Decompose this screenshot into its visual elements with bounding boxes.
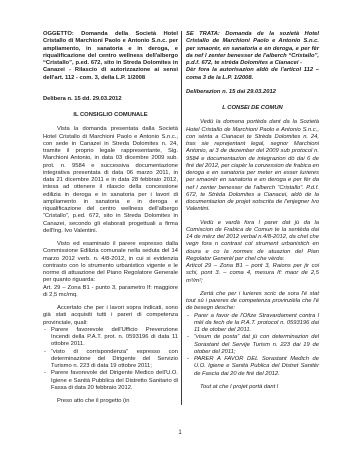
article-line-italian: Art. 29 – Zona B1 - punto 3, parametro I… [43, 285, 178, 300]
list-item-text: PARER A FAVOR DEL Sorastant Medich de U.… [194, 356, 319, 378]
paragraph-closing-ladin: Tout at che l projet portà dant l [186, 384, 319, 391]
list-item: - “visum de posta” dat jù con determinaz… [186, 334, 319, 356]
list-item-text: Parere favorevole dell'Ufficio Prevenzio… [51, 327, 178, 349]
list-item: - “visto di corrispondenza” espresso con… [43, 349, 178, 371]
dash-bullet: - [43, 370, 51, 392]
council-heading-italian: IL CONSIGLIO COMUNALE [43, 112, 178, 119]
dash-bullet: - [186, 334, 194, 356]
subject-italian: OGGETTO: Domanda della Società Hotel Cri… [43, 31, 178, 82]
council-heading-ladin: L CONSEI DE COMUN [186, 105, 319, 112]
dash-bullet: - [43, 349, 51, 371]
paragraph-request-italian: Vista la domanda presentata dalla Societ… [43, 126, 178, 235]
list-item: - Parere favorevole dell'Ufficio Prevenz… [43, 327, 178, 349]
deliberation-number-italian: Delibera n. 15 dd. 29.03.2012 [43, 96, 178, 103]
dash-bullet: - [186, 356, 194, 378]
scanned-deliberation-page: OGGETTO: Domanda della Società Hotel Cri… [0, 0, 360, 466]
list-item-text: “visum de posta” dat jù con determinazio… [194, 334, 319, 356]
opinion-list-ladin: - Parer a favor de l'Ofize Stravardament… [186, 313, 319, 378]
list-item-text: “visto di corrispondenza” espresso con d… [51, 349, 178, 371]
dash-bullet: - [43, 327, 51, 349]
list-item-text: Parere favorevole del Dirigente Medico d… [51, 370, 178, 392]
paragraph-commission-italian: Visto ed esaminato il parere espresso da… [43, 241, 178, 285]
column-italian: OGGETTO: Domanda della Società Hotel Cri… [43, 31, 181, 405]
article-line-ladin: Articol 29 – Zona B1 – pont 3, Raions pe… [186, 263, 319, 285]
column-ladin: SE TRATA: Domanda de la sozietà Hotel Cr… [182, 31, 319, 405]
page-number: 1 [0, 430, 360, 436]
list-item: - PARER A FAVOR DEL Sorastant Medich de … [186, 356, 319, 378]
paragraph-opinions-ladin: Zertà che per i lurieres scric de sora l… [186, 291, 319, 313]
dash-bullet: - [186, 313, 194, 335]
deliberation-number-ladin: Deliberazion n. 15 dai 29.03.2012 [186, 89, 319, 96]
paragraph-opinions-italian: Accertato che per i lavori sopra indicat… [43, 305, 178, 327]
opinion-list-italian: - Parere favorevole dell'Ufficio Prevenz… [43, 327, 178, 392]
list-item: - Parer a favor de l'Ofize Stravardament… [186, 313, 319, 335]
paragraph-request-ladin: Vedù la domana portèda dant da la Soziet… [186, 119, 319, 213]
paragraph-commission-ladin: Vedù e vardà fora l parer dat jù da la C… [186, 220, 319, 264]
list-item: - Parere favorevole del Dirigente Medico… [43, 370, 178, 392]
subject-ladin-second: Dèr fora la autorisazion aldò de l'artic… [186, 67, 319, 82]
two-column-text-block: OGGETTO: Domanda della Società Hotel Cri… [43, 31, 319, 405]
subject-ladin: SE TRATA: Domanda de la sozietà Hotel Cr… [186, 31, 319, 67]
list-item-text: Parer a favor de l'Ofize Stravardament c… [194, 313, 319, 335]
paragraph-closing-italian: Preso atto che il progetto (in [43, 398, 178, 405]
